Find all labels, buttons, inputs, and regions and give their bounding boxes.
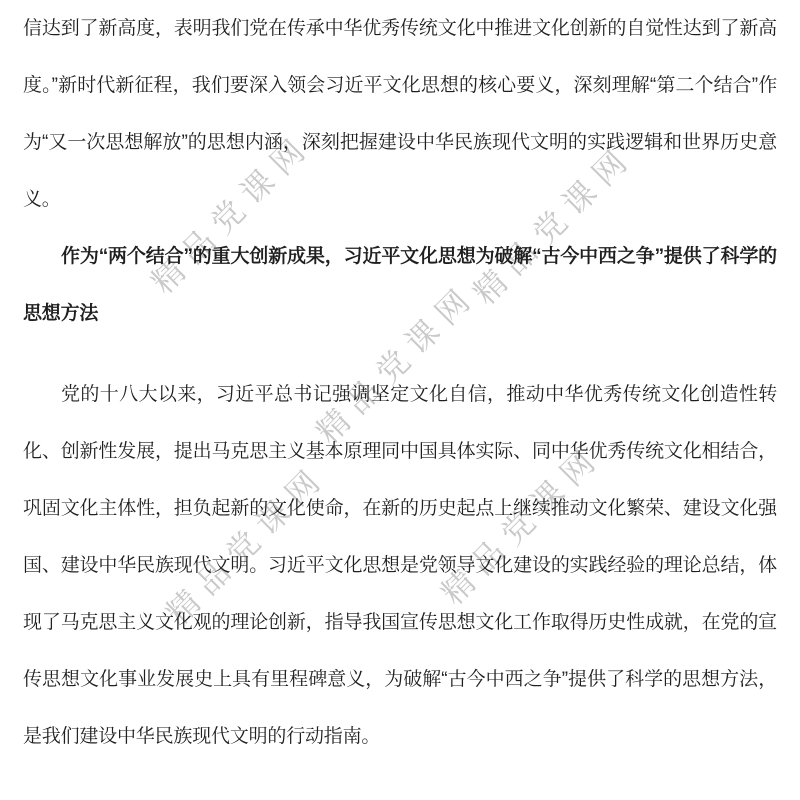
section-heading: 作为“两个结合”的重大创新成果，习近平文化思想为破解“古今中西之争”提供了科学的… [23,228,777,342]
body-paragraph-continued: 信达到了新高度，表明我们党在传承中华优秀传统文化中推进文化创新的自觉性达到了新高… [23,0,777,228]
document-page: 精品党课网 精品党课网 精品党课网 精品党课网 精品党课网 信达到了新高度，表明… [0,0,800,800]
document-content: 信达到了新高度，表明我们党在传承中华优秀传统文化中推进文化创新的自觉性达到了新高… [0,0,800,765]
body-paragraph: 党的十八大以来，习近平总书记强调坚定文化自信，推动中华优秀传统文化创造性转化、创… [23,366,777,765]
